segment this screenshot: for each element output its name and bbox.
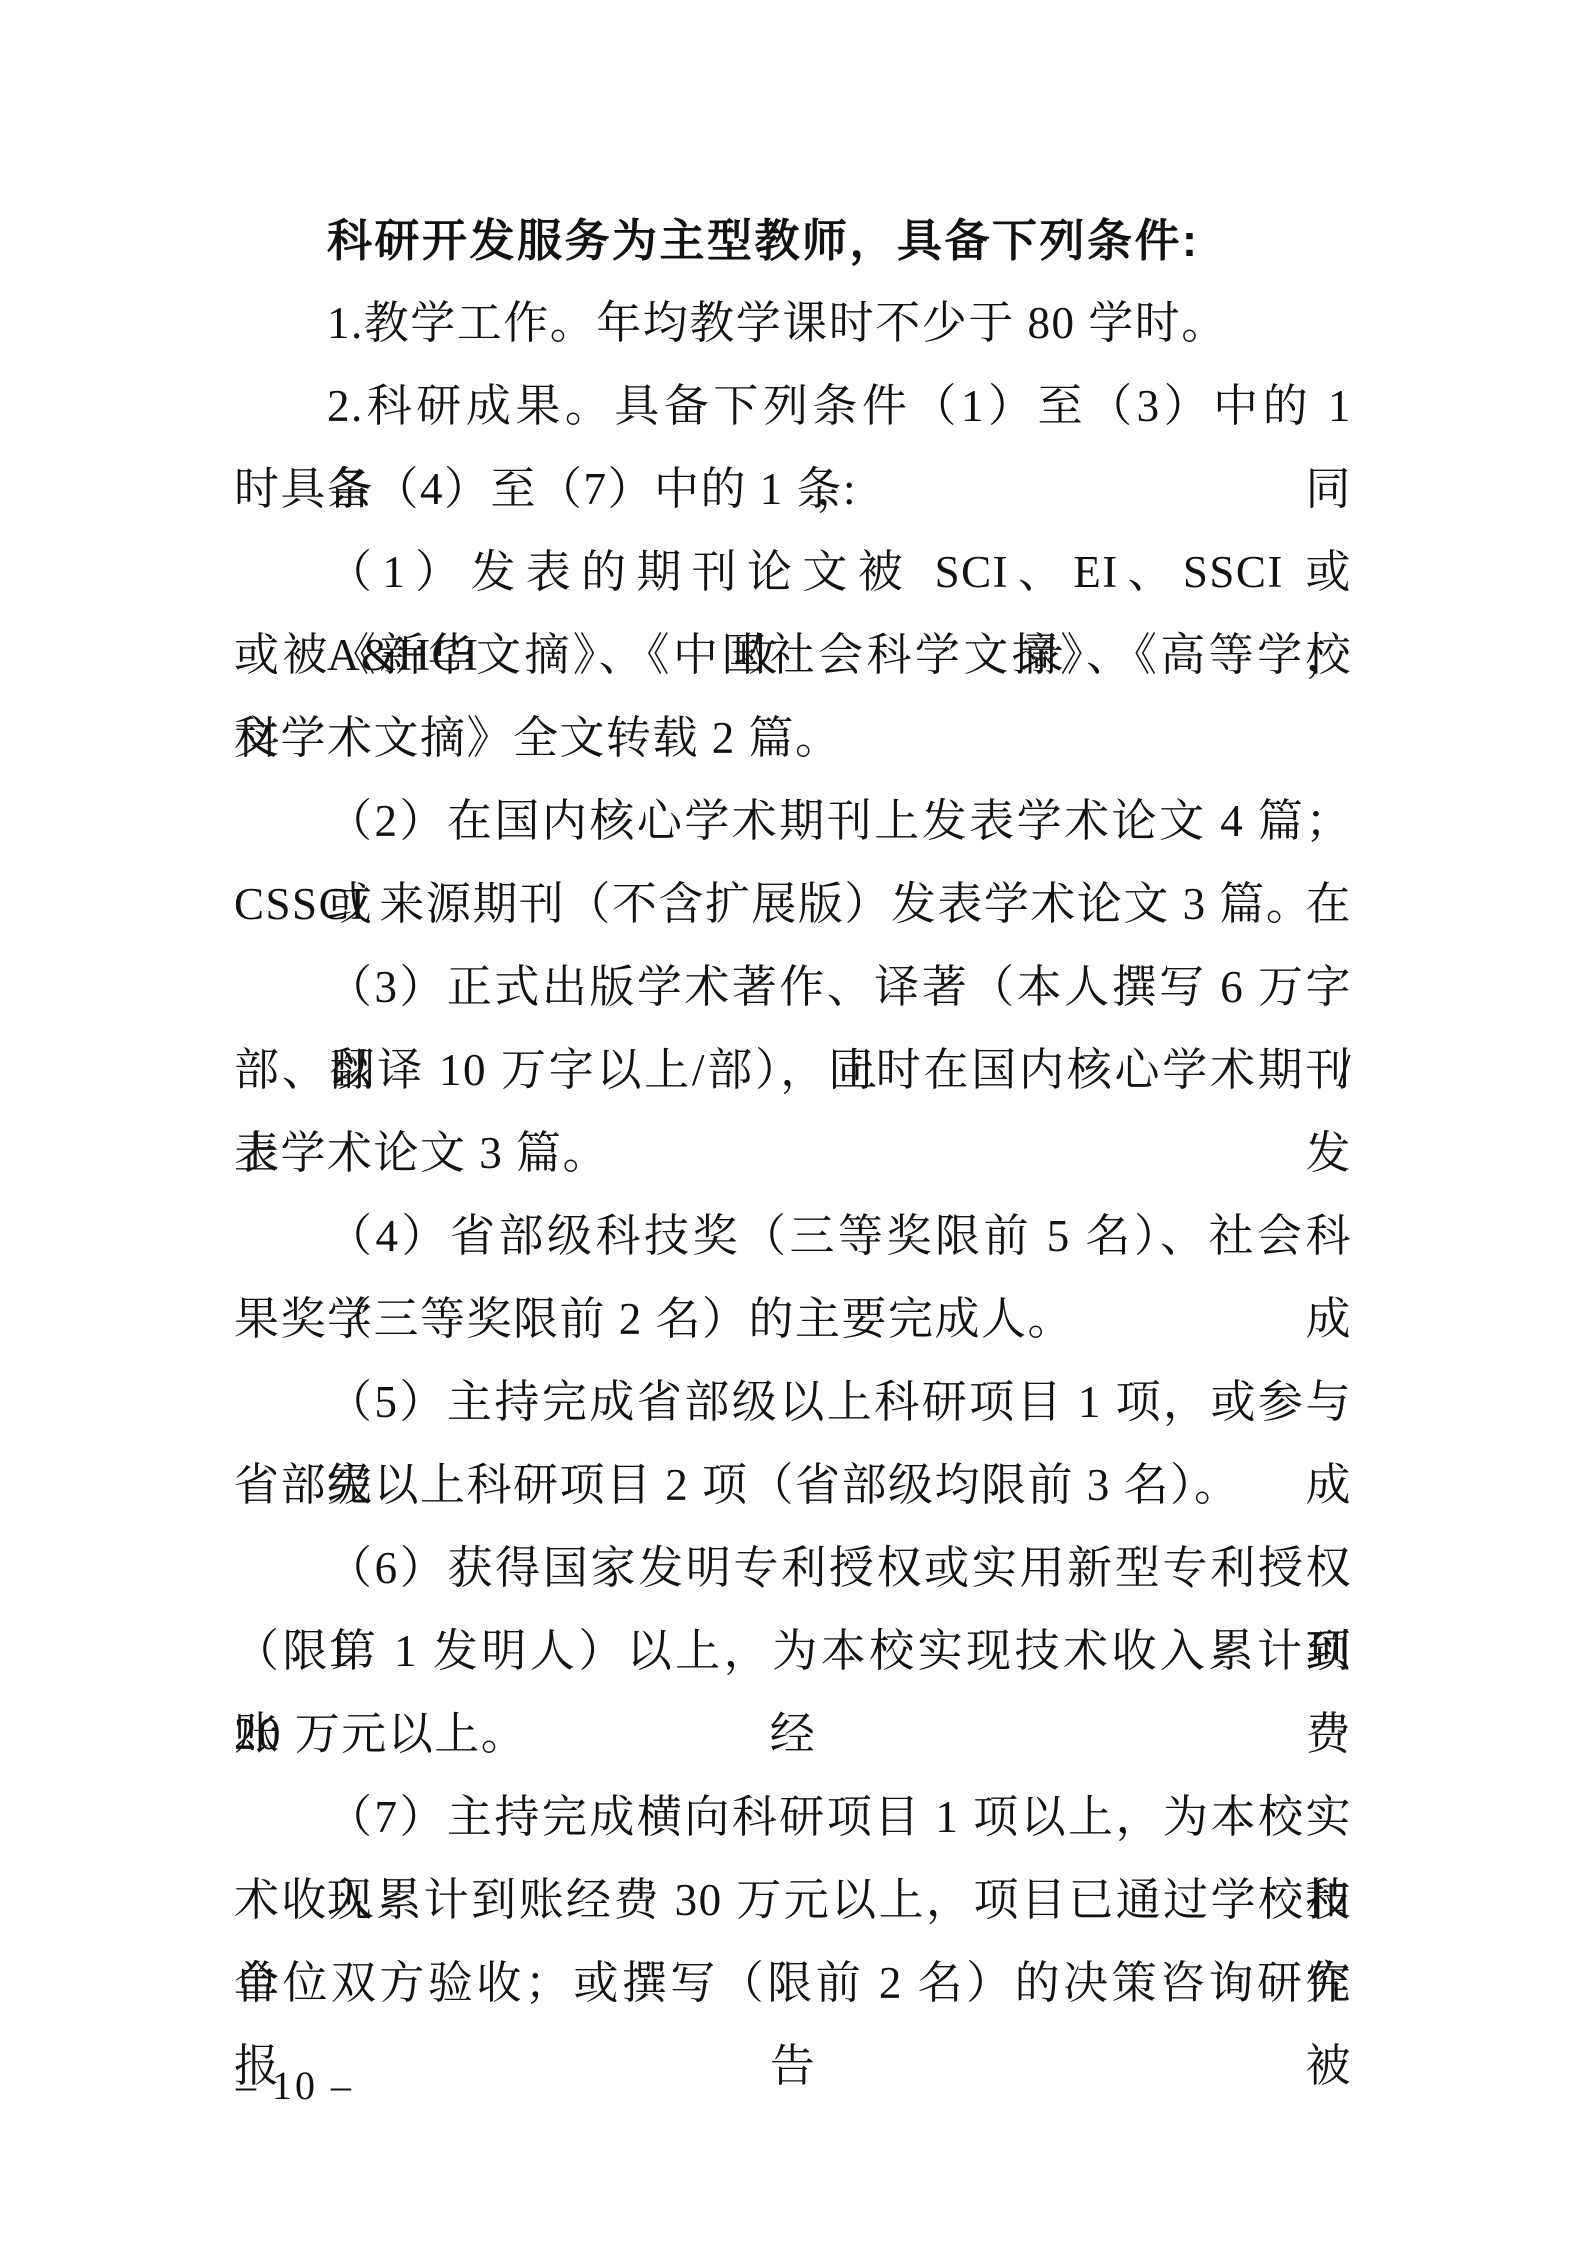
text-line: 科学术文摘》全文转载 2 篇。 (234, 697, 1352, 780)
page-number: – 10 – (236, 2056, 354, 2116)
heading-line: 科研开发服务为主型教师，具备下列条件: (234, 199, 1352, 282)
text-line: 单位双方验收；或撰写（限前 2 名）的决策咨询研究报告被 (234, 1942, 1352, 2025)
text-line: （4）省部级科技奖（三等奖限前 5 名）、社会科学成 (234, 1195, 1352, 1278)
document-lines: 科研开发服务为主型教师，具备下列条件:1.教学工作。年均教学课时不少于 80 学… (234, 199, 1352, 2025)
document-page: 科研开发服务为主型教师，具备下列条件:1.教学工作。年均教学课时不少于 80 学… (0, 0, 1587, 2245)
text-line: （1）发表的期刊论文被 SCI、EI、SSCI 或 A&HCI 收录， (234, 531, 1352, 614)
text-line: （2）在国内核心学术期刊上发表学术论文 4 篇；或在 (234, 780, 1352, 863)
text-line: CSSCI 来源期刊（不含扩展版）发表学术论文 3 篇。 (234, 863, 1352, 946)
text-line: 部、翻译 10 万字以上/部），同时在国内核心学术期刊上发 (234, 1029, 1352, 1112)
text-line: （3）正式出版学术著作、译著（本人撰写 6 万字以上/ (234, 946, 1352, 1029)
text-line: （限第 1 发明人）以上，为本校实现技术收入累计到账经费 (234, 1610, 1352, 1693)
text-line: 术收入累计到账经费 30 万元以上，项目已通过学校和合作 (234, 1859, 1352, 1942)
text-line: （5）主持完成省部级以上科研项目 1 项，或参与完成 (234, 1361, 1352, 1444)
text-line: （7）主持完成横向科研项目 1 项以上，为本校实现技 (234, 1776, 1352, 1859)
text-line: 或被《新华文摘》、《中国社会科学文摘》、《高等学校文 (234, 614, 1352, 697)
text-line: 2.科研成果。具备下列条件（1）至（3）中的 1 条，同 (234, 365, 1352, 448)
text-line: 省部级以上科研项目 2 项（省部级均限前 3 名）。 (234, 1444, 1352, 1527)
text-line: （6）获得国家发明专利授权或实用新型专利授权 1 项 (234, 1527, 1352, 1610)
text-line: 1.教学工作。年均教学课时不少于 80 学时。 (234, 282, 1352, 365)
